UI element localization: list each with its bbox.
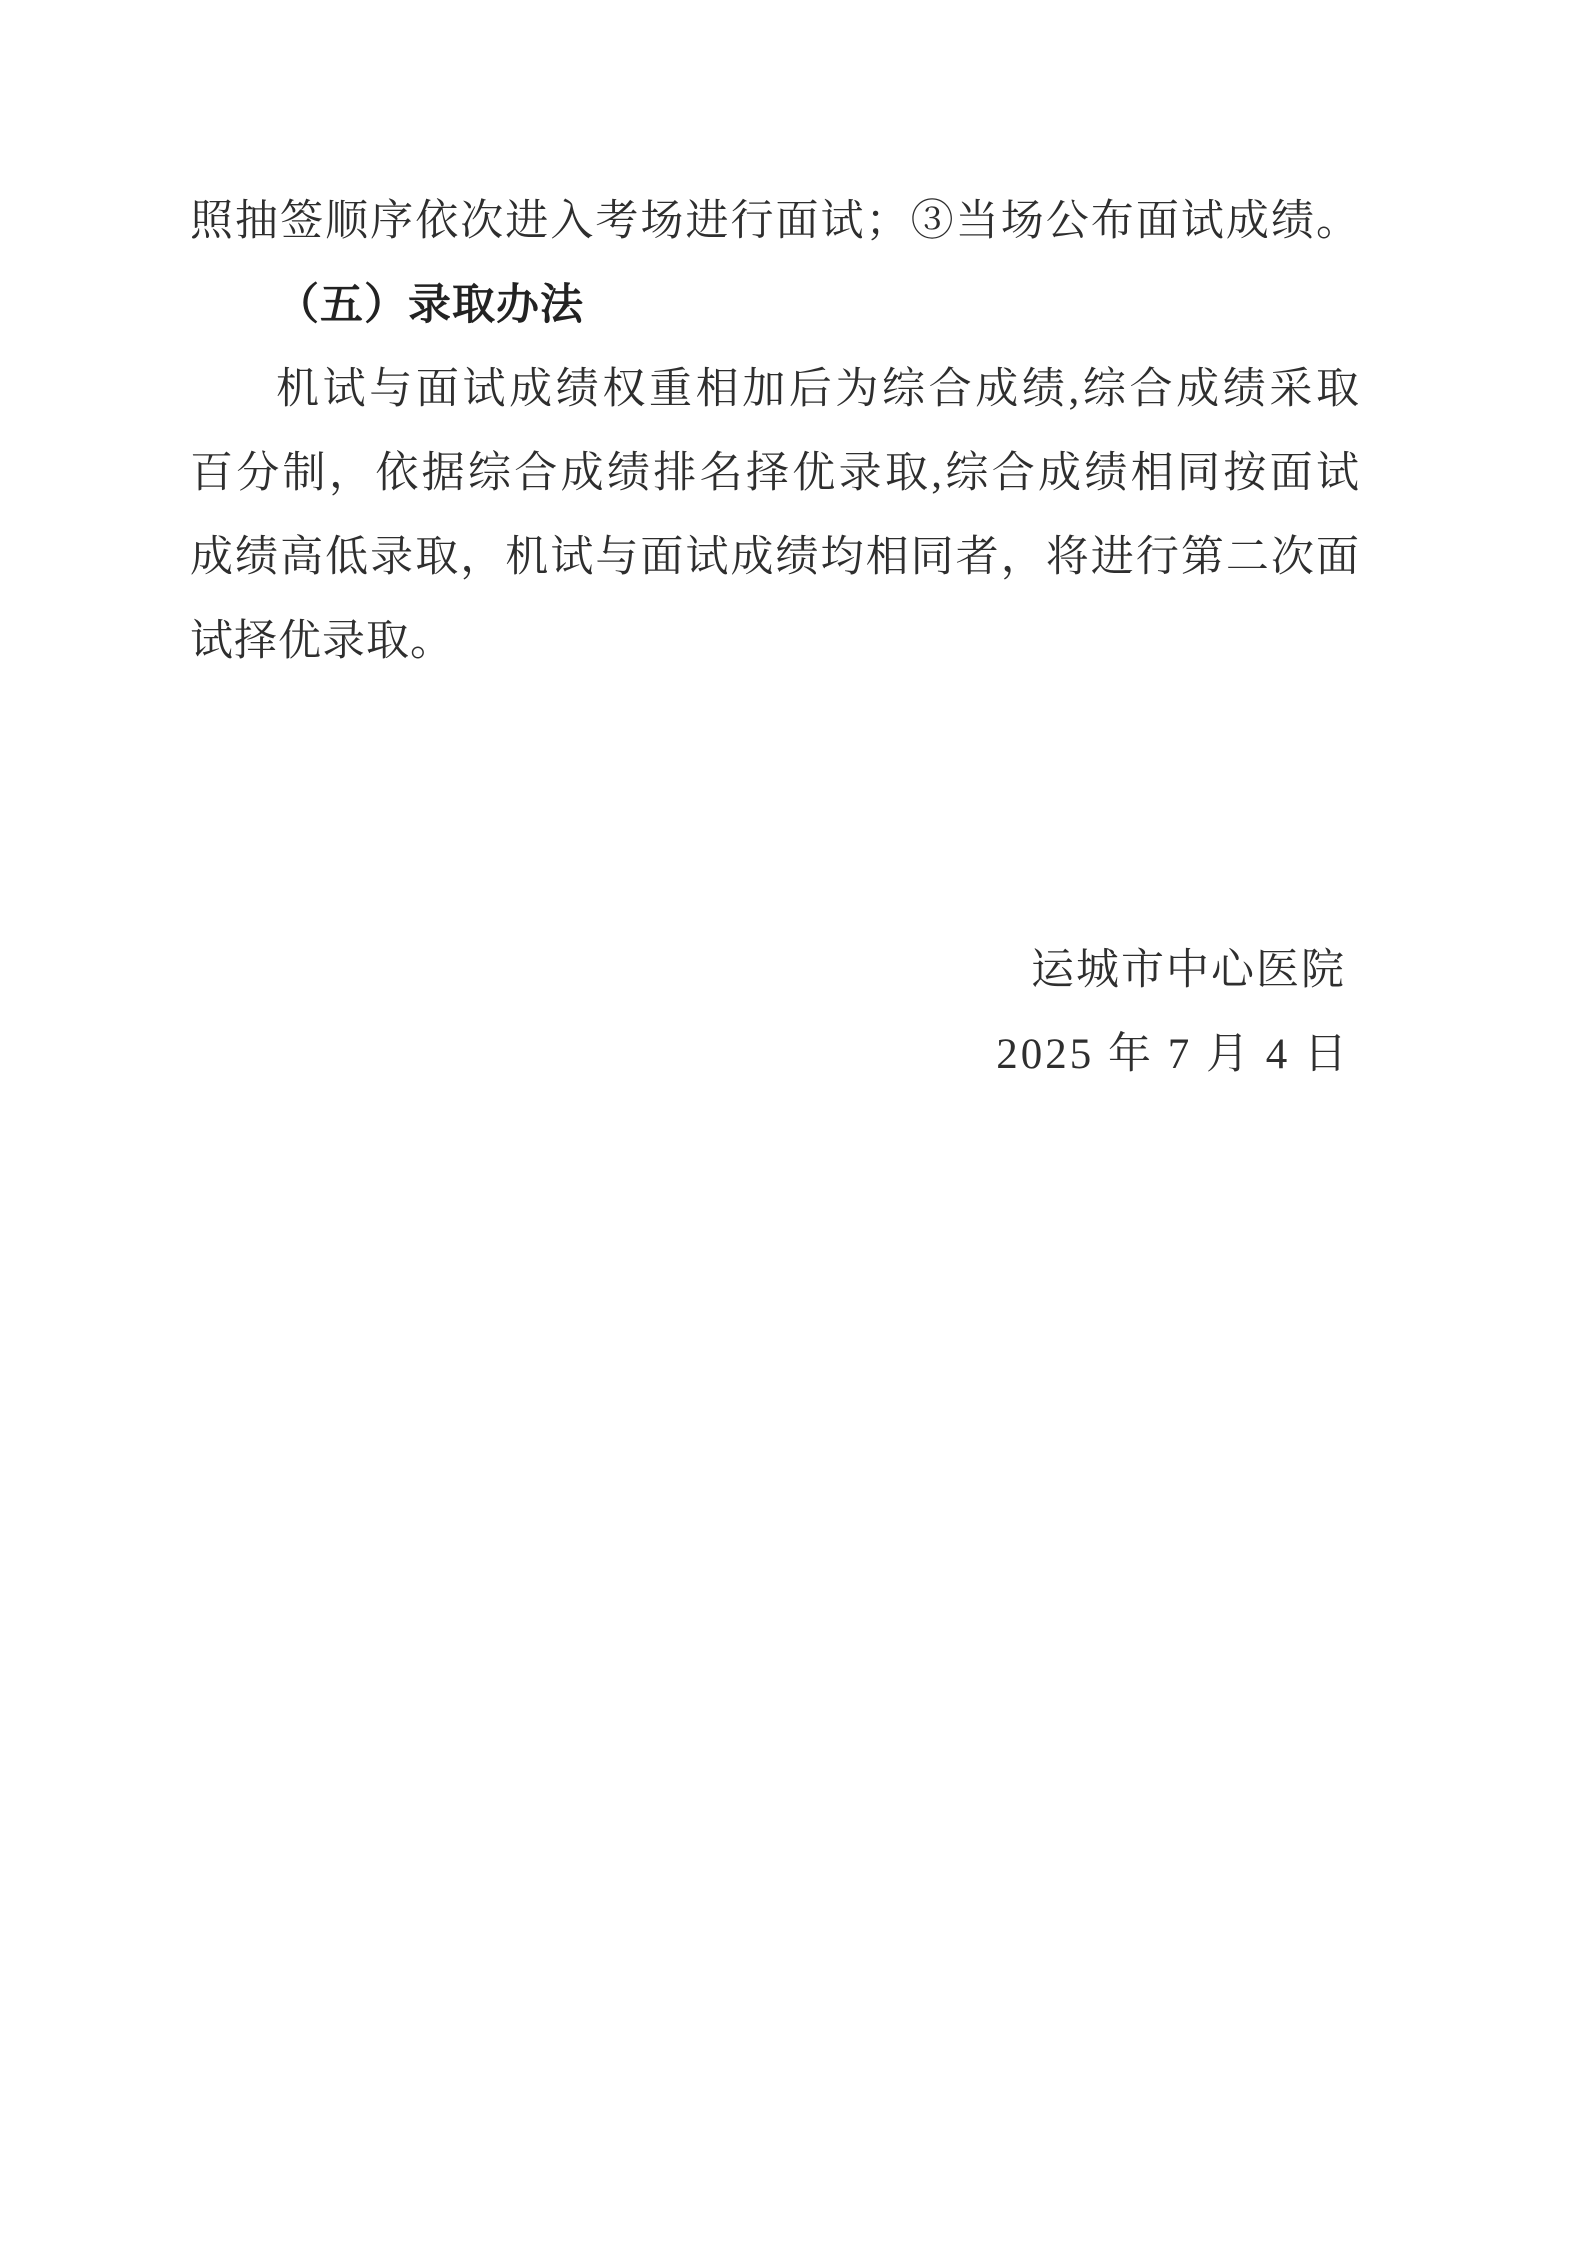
signature-organization: 运城市中心医院 bbox=[190, 929, 1360, 1013]
section-heading: （五）录取办法 bbox=[190, 264, 1360, 348]
signature-date: 2025 年 7 月 4 日 bbox=[190, 1013, 1360, 1097]
signature-block: 运城市中心医院 2025 年 7 月 4 日 bbox=[190, 929, 1360, 1097]
paragraph-line: 成绩高低录取，机试与面试成绩均相同者，将进行第二次面 bbox=[190, 516, 1360, 600]
document-text-block: 照抽签顺序依次进入考场进行面试；③当场公布面试成绩。 （五）录取办法 机试与面试… bbox=[190, 180, 1360, 1097]
paragraph-line: 百分制，依据综合成绩排名择优录取,综合成绩相同按面试 bbox=[190, 432, 1360, 516]
paragraph-line: 试择优录取。 bbox=[190, 600, 1360, 684]
document-page: 照抽签顺序依次进入考场进行面试；③当场公布面试成绩。 （五）录取办法 机试与面试… bbox=[0, 0, 1587, 2245]
paragraph-line: 机试与面试成绩权重相加后为综合成绩,综合成绩采取 bbox=[190, 348, 1360, 432]
continuation-line: 照抽签顺序依次进入考场进行面试；③当场公布面试成绩。 bbox=[190, 180, 1360, 264]
